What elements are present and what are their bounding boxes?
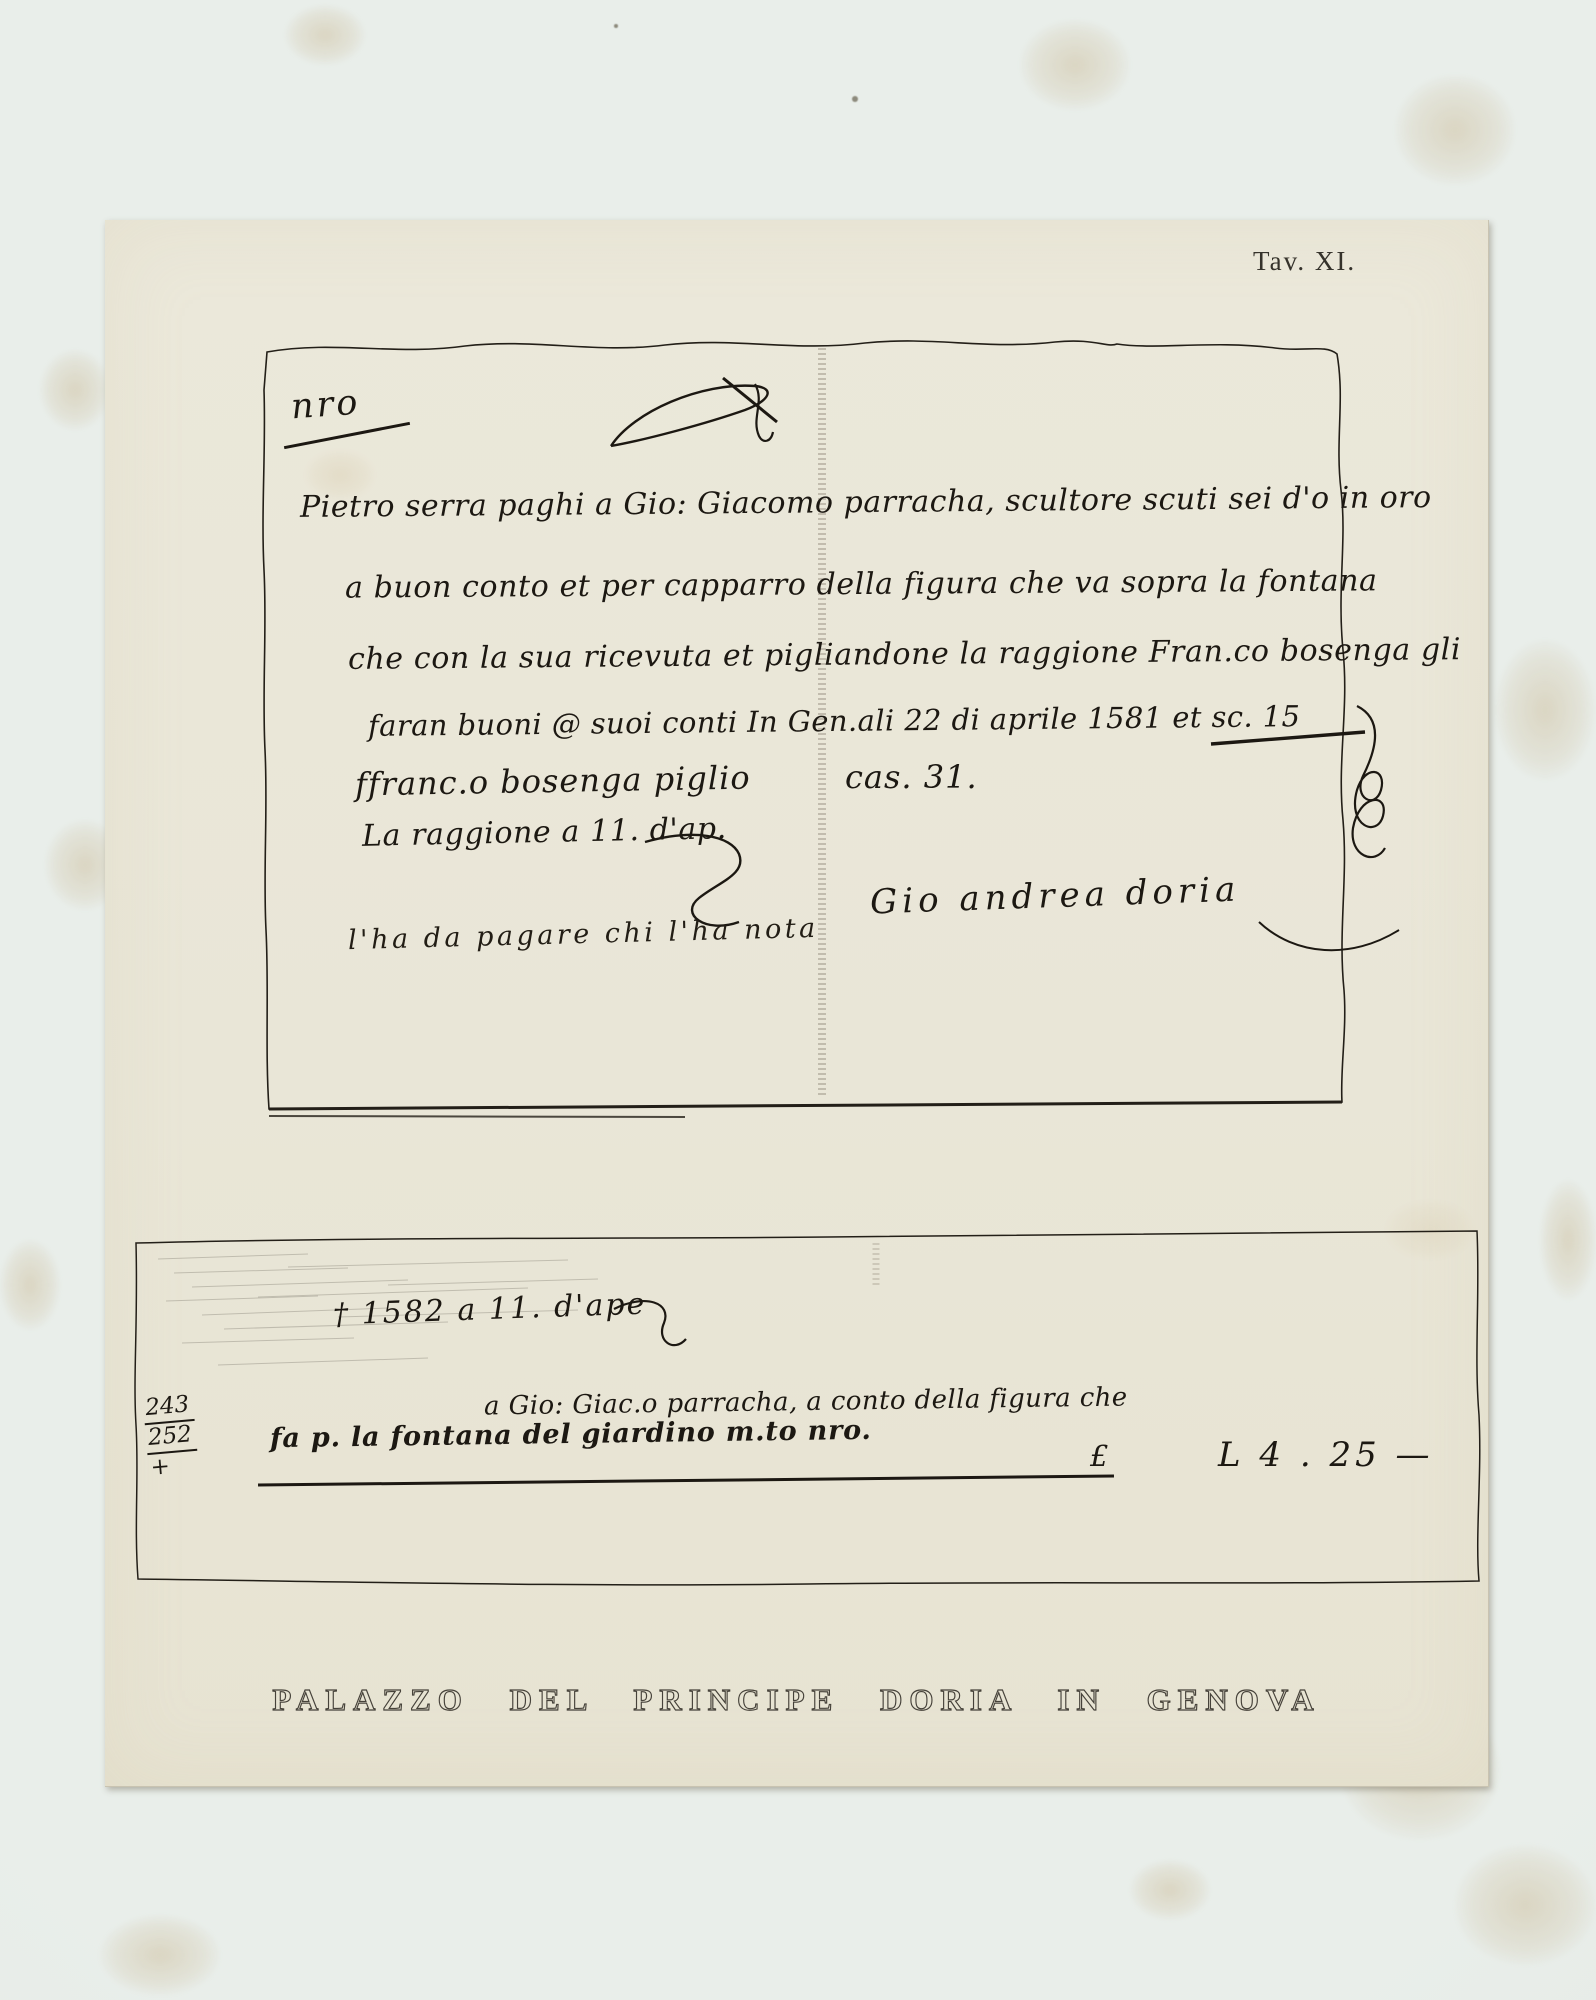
stain [1540,1180,1596,1300]
scanned-album-page: Tav. XI. nro Pi [0,0,1596,2000]
amount-flourish-icon [1207,698,1407,888]
ledger-number: 252 [145,1421,197,1455]
countersign-line: ffranc.o bosenga piglio [355,761,751,803]
lower-document-facsimile: † 1582 a 11. d'ape 243 252 + a Gio: Giac… [128,1225,1483,1595]
currency-mark: £ [1090,1441,1108,1473]
stain [1130,1860,1210,1920]
plate-number-label: Tav. XI. [1253,246,1356,277]
stain [0,1240,60,1330]
ledger-folio-numbers: 243 252 + [142,1391,199,1483]
stain [1020,20,1130,110]
paper-speck [852,96,858,102]
stain [285,5,365,65]
amount-value: L 4 . 25 — [1218,1437,1434,1474]
countersign-value: cas. 31. [845,760,978,795]
handwritten-line: a buon conto et per capparro della figur… [345,564,1378,604]
ledger-number: 243 [142,1391,194,1425]
signature-tail-flourish-icon [1255,908,1405,968]
stain [100,1915,220,1995]
paraph-flourish-icon [605,374,785,464]
plate-sheet: Tav. XI. nro Pi [105,220,1489,1787]
plate-title: PALAZZO DEL PRINCIPE DORIA IN GENOVA [105,1682,1488,1718]
stain [1495,640,1595,780]
corner-mark: nro [290,384,362,427]
ledger-cross-mark: + [147,1451,199,1483]
stain [40,350,110,430]
stain [1395,75,1515,185]
upper-document-facsimile: nro Pietro serra paghi a Gio: Giacomo pa… [255,330,1360,1130]
date-flourish-icon [606,1289,696,1379]
paper-speck [614,24,618,28]
stain [1455,1845,1595,1965]
